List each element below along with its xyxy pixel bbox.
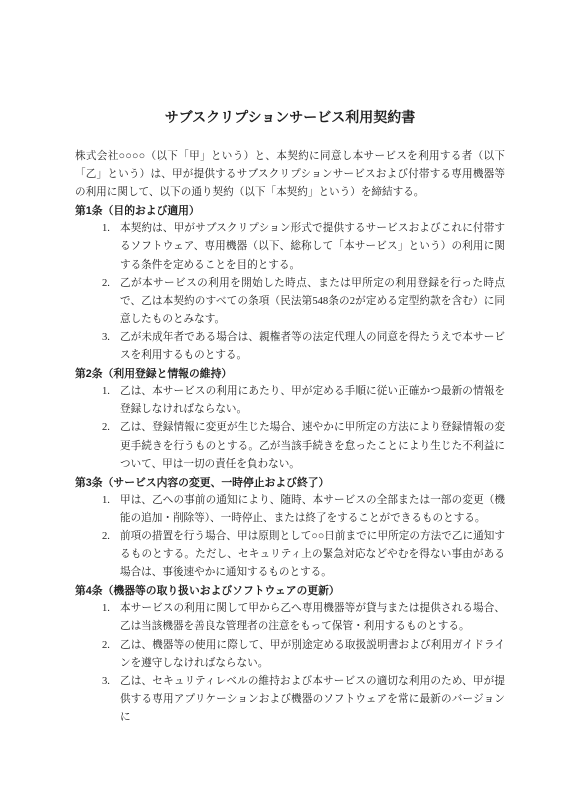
article-4-item-2: 2. 乙は、機器等の使用に際して、甲が別途定める取扱説明書および利用ガイドライン… <box>75 637 505 673</box>
item-number: 2. <box>102 275 110 293</box>
contract-document-page: サブスクリプションサービス利用契約書 株式会社○○○○（以下「甲」という）と、本… <box>0 0 580 800</box>
article-1-item-1: 1. 本契約は、甲がサブスクリプション形式で提供するサービスおよびこれに付帯する… <box>75 220 505 274</box>
item-number: 2. <box>102 528 110 546</box>
item-number: 1. <box>102 383 110 401</box>
item-text: 乙は、機器等の使用に際して、甲が別途定める取扱説明書および利用ガイドラインを遵守… <box>120 640 505 669</box>
article-1-item-2: 2. 乙が本サービスの利用を開始した時点、または甲所定の利用登録を行った時点で、… <box>75 275 505 329</box>
article-3-heading: 第3条（サービス内容の変更、一時停止および終了） <box>75 474 505 492</box>
item-number: 1. <box>102 220 110 238</box>
item-text: 甲は、乙への事前の通知により、随時、本サービスの全部または一部の変更（機能の追加… <box>120 495 505 524</box>
item-text: 乙が本サービスの利用を開始した時点、または甲所定の利用登録を行った時点で、乙は本… <box>120 278 505 325</box>
preamble-paragraph: 株式会社○○○○（以下「甲」という）と、本契約に同意し本サービスを利用する者（以… <box>75 148 505 202</box>
document-title: サブスクリプションサービス利用契約書 <box>75 109 505 128</box>
article-4-item-1: 1. 本サービスの利用に関して甲から乙へ専用機器等が貸与または提供される場合、乙… <box>75 600 505 636</box>
item-number: 1. <box>102 600 110 618</box>
article-4-item-3: 3. 乙は、セキュリティレベルの維持および本サービスの適切な利用のため、甲が提供… <box>75 673 505 727</box>
article-1: 第1条（目的および適用） 1. 本契約は、甲がサブスクリプション形式で提供するサ… <box>75 202 505 365</box>
article-2-item-2: 2. 乙は、登録情報に変更が生じた場合、速やかに甲所定の方法により登録情報の変更… <box>75 419 505 473</box>
article-4: 第4条（機器等の取り扱いおよびソフトウェアの更新） 1. 本サービスの利用に関し… <box>75 582 505 727</box>
item-text: 乙は、本サービスの利用にあたり、甲が定める手順に従い正確かつ最新の情報を登録しな… <box>120 386 505 415</box>
article-3: 第3条（サービス内容の変更、一時停止および終了） 1. 甲は、乙への事前の通知に… <box>75 474 505 583</box>
item-number: 2. <box>102 419 110 437</box>
article-2: 第2条（利用登録と情報の維持） 1. 乙は、本サービスの利用にあたり、甲が定める… <box>75 365 505 474</box>
article-4-heading: 第4条（機器等の取り扱いおよびソフトウェアの更新） <box>75 582 505 600</box>
item-text: 本契約は、甲がサブスクリプション形式で提供するサービスおよびこれに付帯するソフト… <box>120 223 505 270</box>
article-3-item-1: 1. 甲は、乙への事前の通知により、随時、本サービスの全部または一部の変更（機能… <box>75 492 505 528</box>
item-text: 乙が未成年者である場合は、親権者等の法定代理人の同意を得たうえで本サービスを利用… <box>120 332 505 361</box>
item-text: 本サービスの利用に関して甲から乙へ専用機器等が貸与または提供される場合、乙は当該… <box>120 603 505 632</box>
item-text: 前項の措置を行う場合、甲は原則として○○日前までに甲所定の方法で乙に通知するもの… <box>120 531 505 578</box>
item-text: 乙は、セキュリティレベルの維持および本サービスの適切な利用のため、甲が提供する専… <box>120 676 505 723</box>
article-2-heading: 第2条（利用登録と情報の維持） <box>75 365 505 383</box>
item-text: 乙は、登録情報に変更が生じた場合、速やかに甲所定の方法により登録情報の変更手続き… <box>120 422 505 469</box>
article-1-heading: 第1条（目的および適用） <box>75 202 505 220</box>
article-2-item-1: 1. 乙は、本サービスの利用にあたり、甲が定める手順に従い正確かつ最新の情報を登… <box>75 383 505 419</box>
item-number: 3. <box>102 673 110 691</box>
item-number: 2. <box>102 637 110 655</box>
article-1-item-3: 3. 乙が未成年者である場合は、親権者等の法定代理人の同意を得たうえで本サービス… <box>75 329 505 365</box>
item-number: 3. <box>102 329 110 347</box>
article-3-item-2: 2. 前項の措置を行う場合、甲は原則として○○日前までに甲所定の方法で乙に通知す… <box>75 528 505 582</box>
item-number: 1. <box>102 492 110 510</box>
